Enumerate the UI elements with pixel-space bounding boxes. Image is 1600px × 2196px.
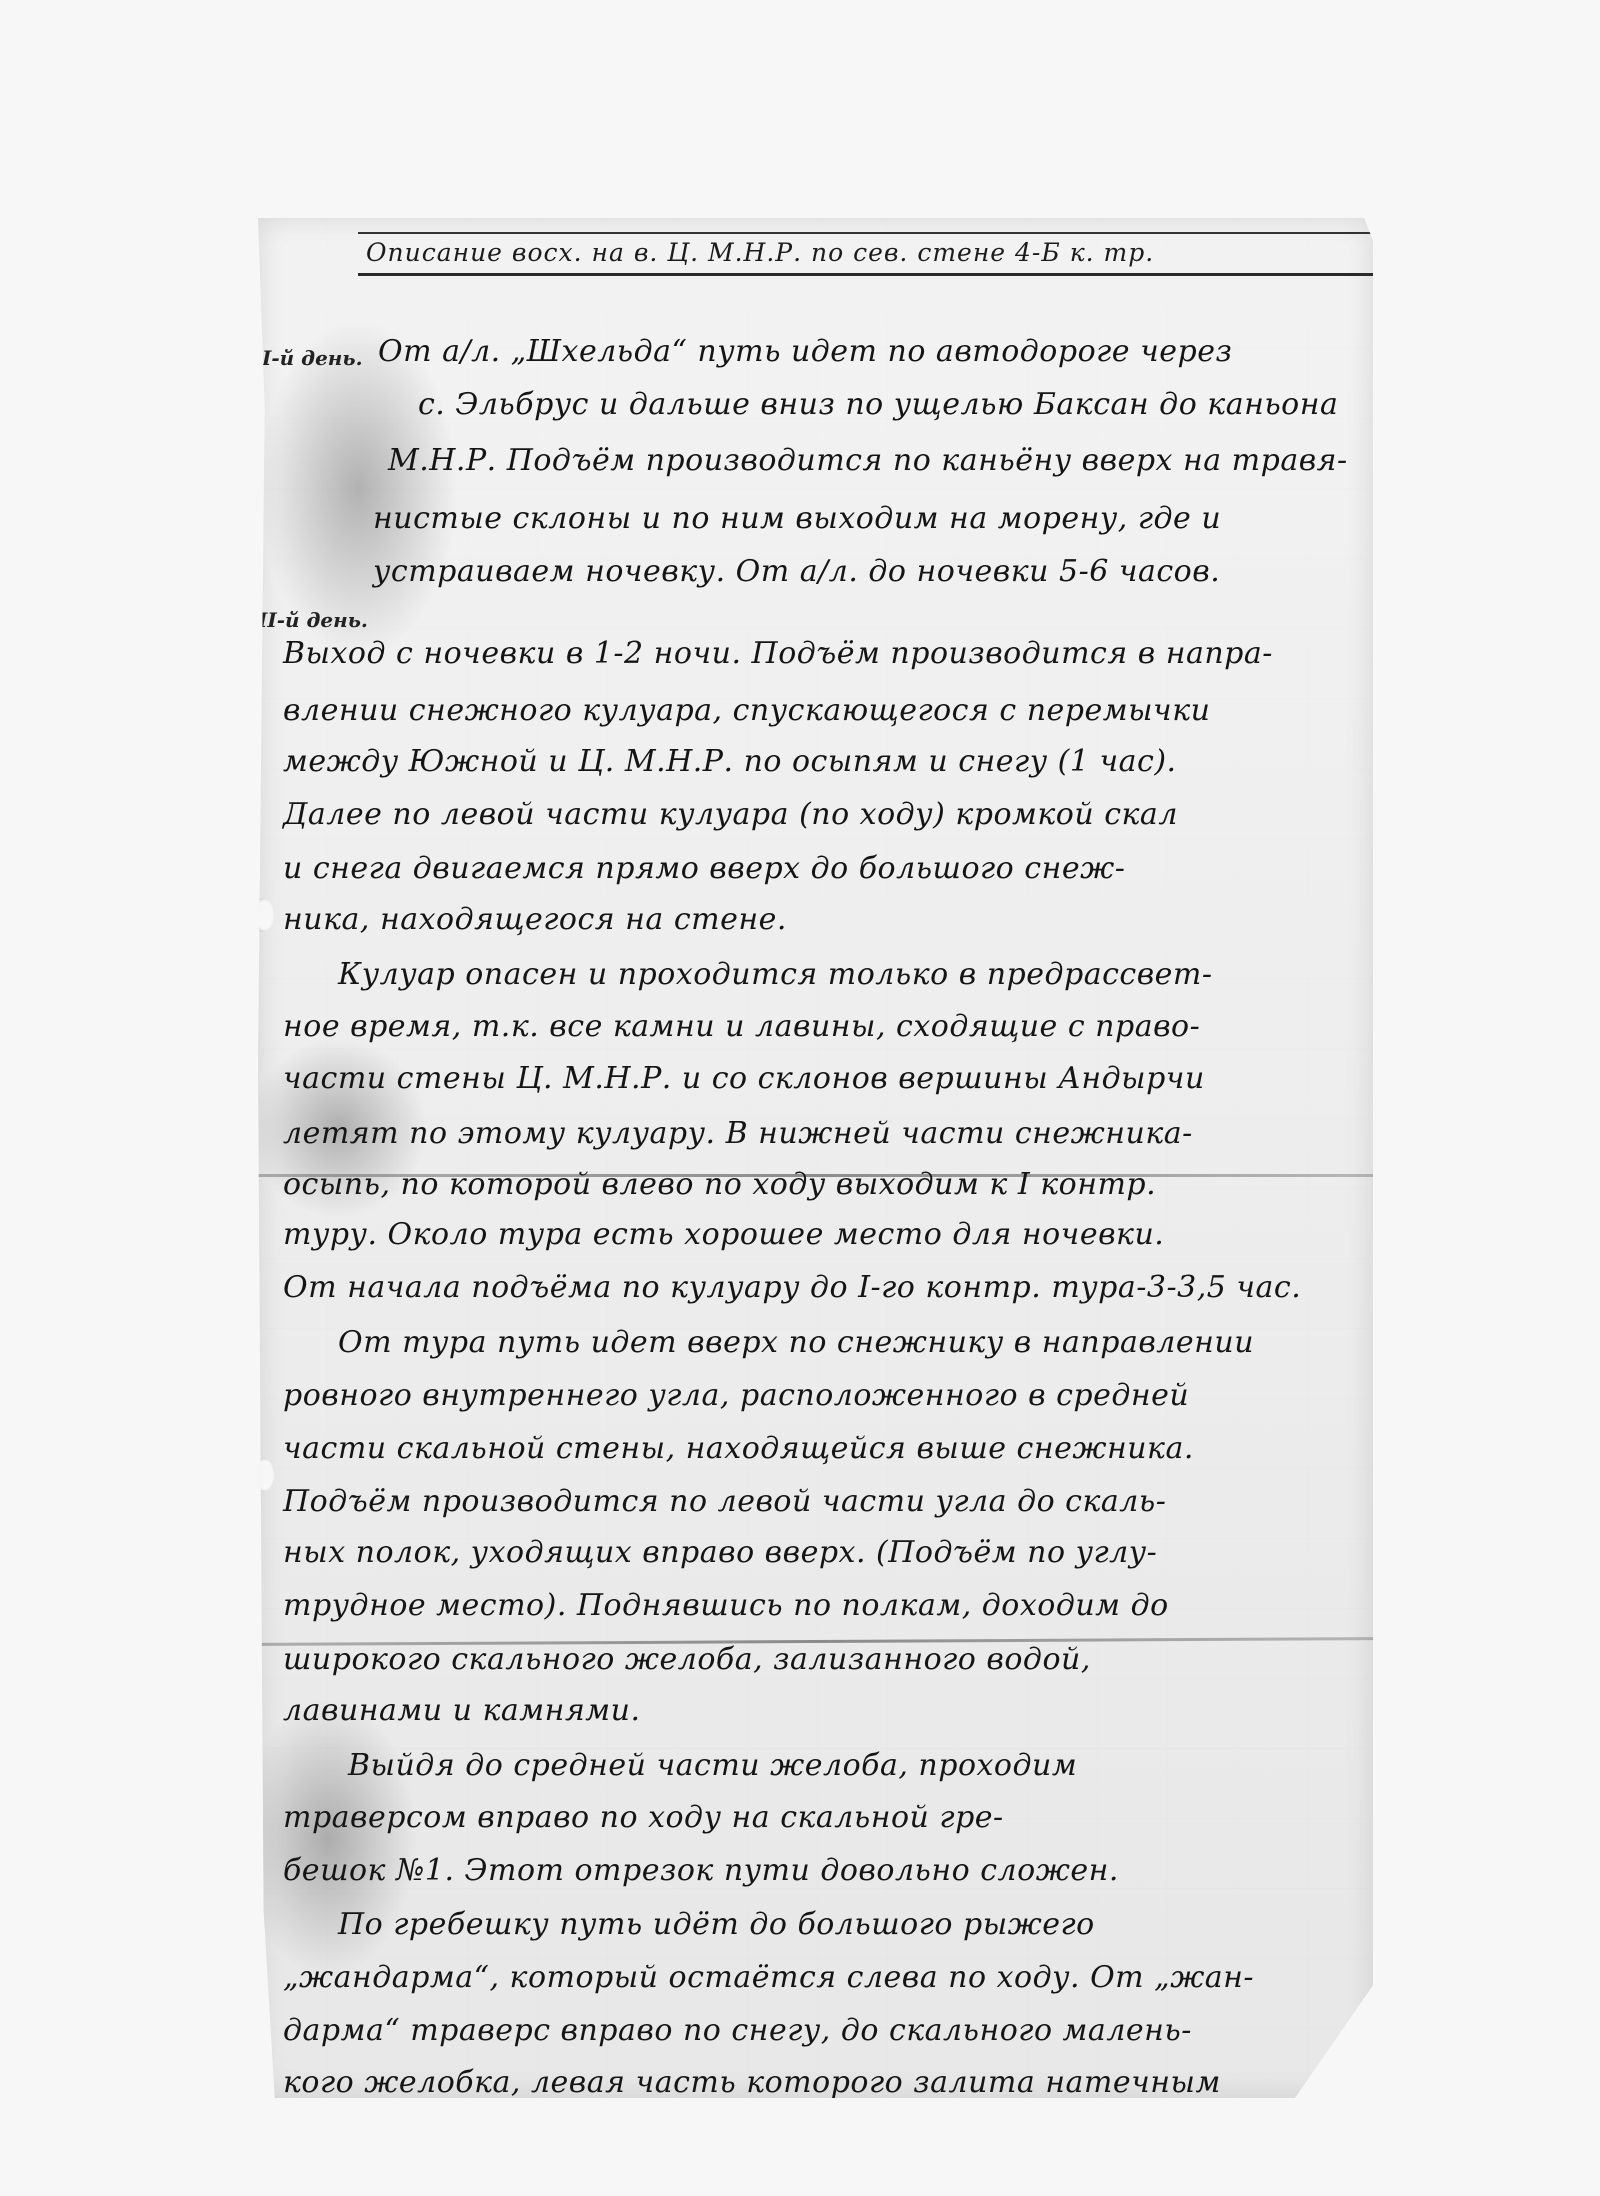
- text-line: дарма“ траверс вправо по снегу, до скаль…: [283, 2013, 1393, 2048]
- text-line: осыпь, по которой влево по ходу выходим …: [283, 1167, 1393, 1202]
- text-line: туру. Около тура есть хорошее место для …: [283, 1217, 1393, 1252]
- text-line: ника, находящегося на стене.: [283, 902, 1393, 937]
- text-line: ровного внутреннего угла, расположенного…: [283, 1378, 1393, 1413]
- text-line: От начала подъёма по кулуару до I-го кон…: [283, 1270, 1393, 1305]
- day-1-label: I-й день.: [262, 346, 363, 370]
- text-line: „жандарма“, который остаётся слева по хо…: [283, 1960, 1393, 1995]
- text-line: льдом.: [283, 2120, 1393, 2155]
- text-line: М.Н.Р. Подъём производится по каньёну вв…: [388, 443, 1498, 478]
- text-line: Выйдя до средней части желоба, проходим: [348, 1748, 1458, 1783]
- text-line: Кулуар опасен и проходится только в пред…: [338, 957, 1448, 992]
- handwritten-letter-page: Описание восх. на в. Ц. М.Н.Р. по сев. с…: [258, 218, 1373, 2098]
- text-line: трудное место). Поднявшись по полкам, до…: [283, 1588, 1393, 1623]
- text-line: части скальной стены, находящейся выше с…: [283, 1431, 1393, 1466]
- text-line: между Южной и Ц. М.Н.Р. по осыпям и снег…: [283, 744, 1393, 779]
- text-line: устраиваем ночевку. От а/л. до ночевки 5…: [373, 554, 1483, 589]
- text-line: По гребешку путь идёт до большого рыжего: [338, 1907, 1448, 1942]
- text-line: От а/л. „Шхельда“ путь идет по автодорог…: [378, 334, 1488, 369]
- document-title: Описание восх. на в. Ц. М.Н.Р. по сев. с…: [358, 232, 1374, 276]
- text-line: с. Эльбрус и дальше вниз по ущелью Бакса…: [418, 387, 1528, 422]
- text-line: широкого скального желоба, зализанного в…: [283, 1642, 1393, 1677]
- text-line: бешок №1. Этот отрезок пути довольно сло…: [283, 1853, 1393, 1888]
- text-line: Подъём производится по левой части угла …: [283, 1484, 1393, 1519]
- text-line: траверсом вправо по ходу на скальной гре…: [283, 1800, 1393, 1835]
- text-line: кого желобка, левая часть которого залит…: [283, 2065, 1393, 2100]
- text-line: и снега двигаемся прямо вверх до большог…: [283, 851, 1393, 886]
- day-2-label: II-й день.: [258, 608, 368, 632]
- text-line: лавинами и камнями.: [283, 1693, 1393, 1728]
- text-line: влении снежного кулуара, спускающегося с…: [283, 693, 1393, 728]
- punch-hole: [252, 898, 274, 932]
- text-line: ное время, т.к. все камни и лавины, сход…: [283, 1009, 1393, 1044]
- punch-hole: [252, 1458, 274, 1492]
- text-line: части стены Ц. М.Н.Р. и со склонов верши…: [283, 1061, 1393, 1096]
- text-line: Далее по левой части кулуара (по ходу) к…: [283, 797, 1393, 832]
- text-line: Выход с ночевки в 1-2 ночи. Подъём произ…: [283, 636, 1393, 671]
- text-line: ных полок, уходящих вправо вверх. (Подъё…: [283, 1535, 1393, 1570]
- text-line: летят по этому кулуару. В нижней части с…: [283, 1116, 1393, 1151]
- text-line: От тура путь идет вверх по снежнику в на…: [338, 1325, 1448, 1360]
- text-line: нистые склоны и по ним выходим на морену…: [373, 501, 1483, 536]
